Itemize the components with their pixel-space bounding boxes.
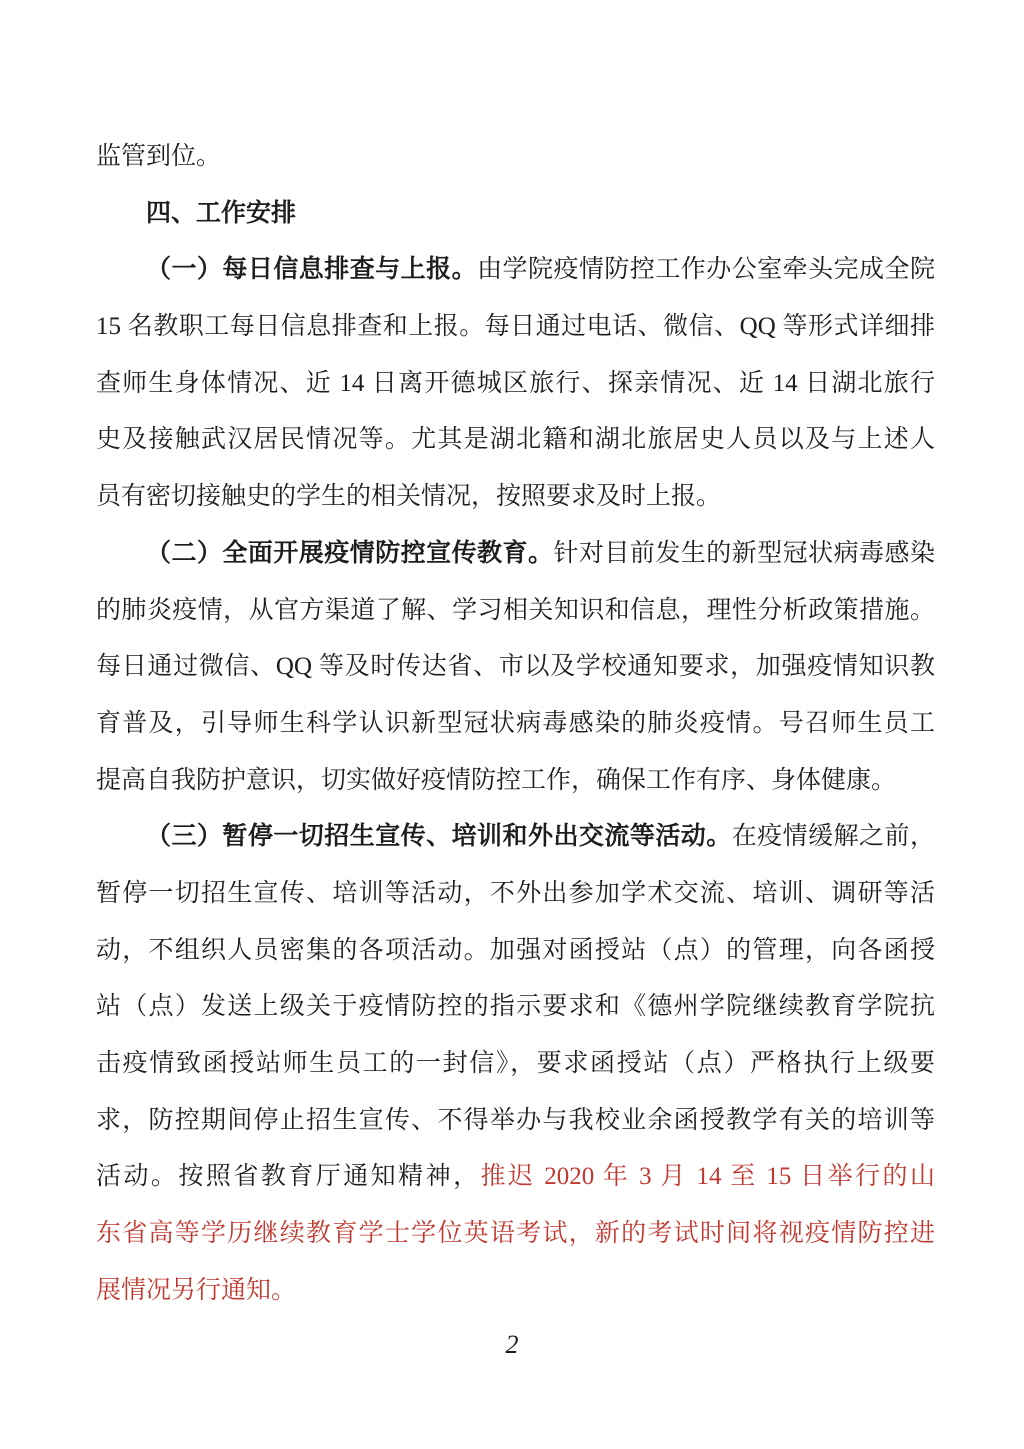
text-segment: 15 名教职工每日信息排查和上报。每日通过电话、微信、QQ 等形式详细排 (96, 313, 935, 340)
highlighted-text-segment: 展情况另行通知。 (96, 1277, 296, 1304)
text-line: 暂停一切招生宣传、培训等活动，不外出参加学术交流、培训、调研等活 (96, 866, 935, 923)
text-line: 求，防控期间停止招生宣传、不得举办与我校业余函授教学有关的培训等 (96, 1093, 935, 1150)
text-segment: 查师生身体情况、近 14 日离开德城区旅行、探亲情况、近 14 日湖北旅行 (96, 370, 935, 397)
text-segment: 活动。按照省教育厅通知精神， (96, 1163, 481, 1190)
text-segment: 动，不组织人员密集的各项活动。加强对函授站（点）的管理，向各函授 (96, 937, 935, 964)
text-segment: 站（点）发送上级关于疫情防控的指示要求和《德州学院继续教育学院抗 (96, 993, 935, 1020)
text-segment: 每日通过微信、QQ 等及时传达省、市以及学校通知要求，加强疫情知识教 (96, 653, 935, 680)
text-line: （三）暂停一切招生宣传、培训和外出交流等活动。在疫情缓解之前， (96, 809, 935, 866)
text-line: 提高自我防护意识，切实做好疫情防控工作，确保工作有序、身体健康。 (96, 753, 935, 810)
paragraph-heading: （二）全面开展疫情防控宣传教育。 (146, 540, 553, 567)
text-segment: 针对目前发生的新型冠状病毒感染 (553, 540, 935, 567)
text-segment: 由学院疫情防控工作办公室牵头完成全院 (477, 256, 935, 283)
page-number: 2 (0, 1320, 1024, 1370)
text-segment: 求，防控期间停止招生宣传、不得举办与我校业余函授教学有关的培训等 (96, 1107, 935, 1134)
text-line: 东省高等学历继续教育学士学位英语考试，新的考试时间将视疫情防控进 (96, 1206, 935, 1263)
text-line: 15 名教职工每日信息排查和上报。每日通过电话、微信、QQ 等形式详细排 (96, 299, 935, 356)
text-segment: 监管到位。 (96, 143, 221, 170)
text-line: 每日通过微信、QQ 等及时传达省、市以及学校通知要求，加强疫情知识教 (96, 639, 935, 696)
text-line: 展情况另行通知。 (96, 1263, 935, 1320)
text-line: 查师生身体情况、近 14 日离开德城区旅行、探亲情况、近 14 日湖北旅行 (96, 356, 935, 413)
text-segment: 击疫情致函授站师生员工的一封信》，要求函授站（点）严格执行上级要 (96, 1050, 935, 1077)
text-segment: 员有密切接触史的学生的相关情况，按照要求及时上报。 (96, 483, 721, 510)
text-line: 监管到位。 (96, 129, 935, 186)
paragraph-heading: （三）暂停一切招生宣传、培训和外出交流等活动。 (146, 823, 732, 850)
text-line: 活动。按照省教育厅通知精神，推迟 2020 年 3 月 14 至 15 日举行的… (96, 1149, 935, 1206)
text-segment: 的肺炎疫情，从官方渠道了解、学习相关知识和信息，理性分析政策措施。 (96, 597, 935, 624)
text-segment: 史及接触武汉居民情况等。尤其是湖北籍和湖北旅居史人员以及与上述人 (96, 426, 935, 453)
text-line: （一）每日信息排查与上报。由学院疫情防控工作办公室牵头完成全院 (96, 242, 935, 299)
paragraph-heading: （一）每日信息排查与上报。 (146, 256, 477, 283)
text-segment: 在疫情缓解之前， (732, 823, 935, 850)
highlighted-text-segment: 推迟 2020 年 3 月 14 至 15 日举行的山 (481, 1163, 935, 1190)
text-segment: 育普及，引导师生科学认识新型冠状病毒感染的肺炎疫情。号召师生员工 (96, 710, 935, 737)
text-segment: 暂停一切招生宣传、培训等活动，不外出参加学术交流、培训、调研等活 (96, 880, 935, 907)
document-page: 监管到位。 四、工作安排 （一）每日信息排查与上报。由学院疫情防控工作办公室牵头… (0, 0, 1024, 1449)
highlighted-text-segment: 东省高等学历继续教育学士学位英语考试，新的考试时间将视疫情防控进 (96, 1220, 935, 1247)
text-line: 育普及，引导师生科学认识新型冠状病毒感染的肺炎疫情。号召师生员工 (96, 696, 935, 753)
text-line: 史及接触武汉居民情况等。尤其是湖北籍和湖北旅居史人员以及与上述人 (96, 412, 935, 469)
text-segment: 提高自我防护意识，切实做好疫情防控工作，确保工作有序、身体健康。 (96, 767, 896, 794)
text-line: （二）全面开展疫情防控宣传教育。针对目前发生的新型冠状病毒感染 (96, 526, 935, 583)
document-body: 监管到位。 四、工作安排 （一）每日信息排查与上报。由学院疫情防控工作办公室牵头… (96, 129, 935, 1319)
text-line: 的肺炎疫情，从官方渠道了解、学习相关知识和信息，理性分析政策措施。 (96, 583, 935, 640)
text-line: 动，不组织人员密集的各项活动。加强对函授站（点）的管理，向各函授 (96, 923, 935, 980)
section-heading-text: 四、工作安排 (146, 200, 296, 227)
text-line: 站（点）发送上级关于疫情防控的指示要求和《德州学院继续教育学院抗 (96, 979, 935, 1036)
text-line: 击疫情致函授站师生员工的一封信》，要求函授站（点）严格执行上级要 (96, 1036, 935, 1093)
section-heading: 四、工作安排 (96, 186, 935, 243)
text-line: 员有密切接触史的学生的相关情况，按照要求及时上报。 (96, 469, 935, 526)
